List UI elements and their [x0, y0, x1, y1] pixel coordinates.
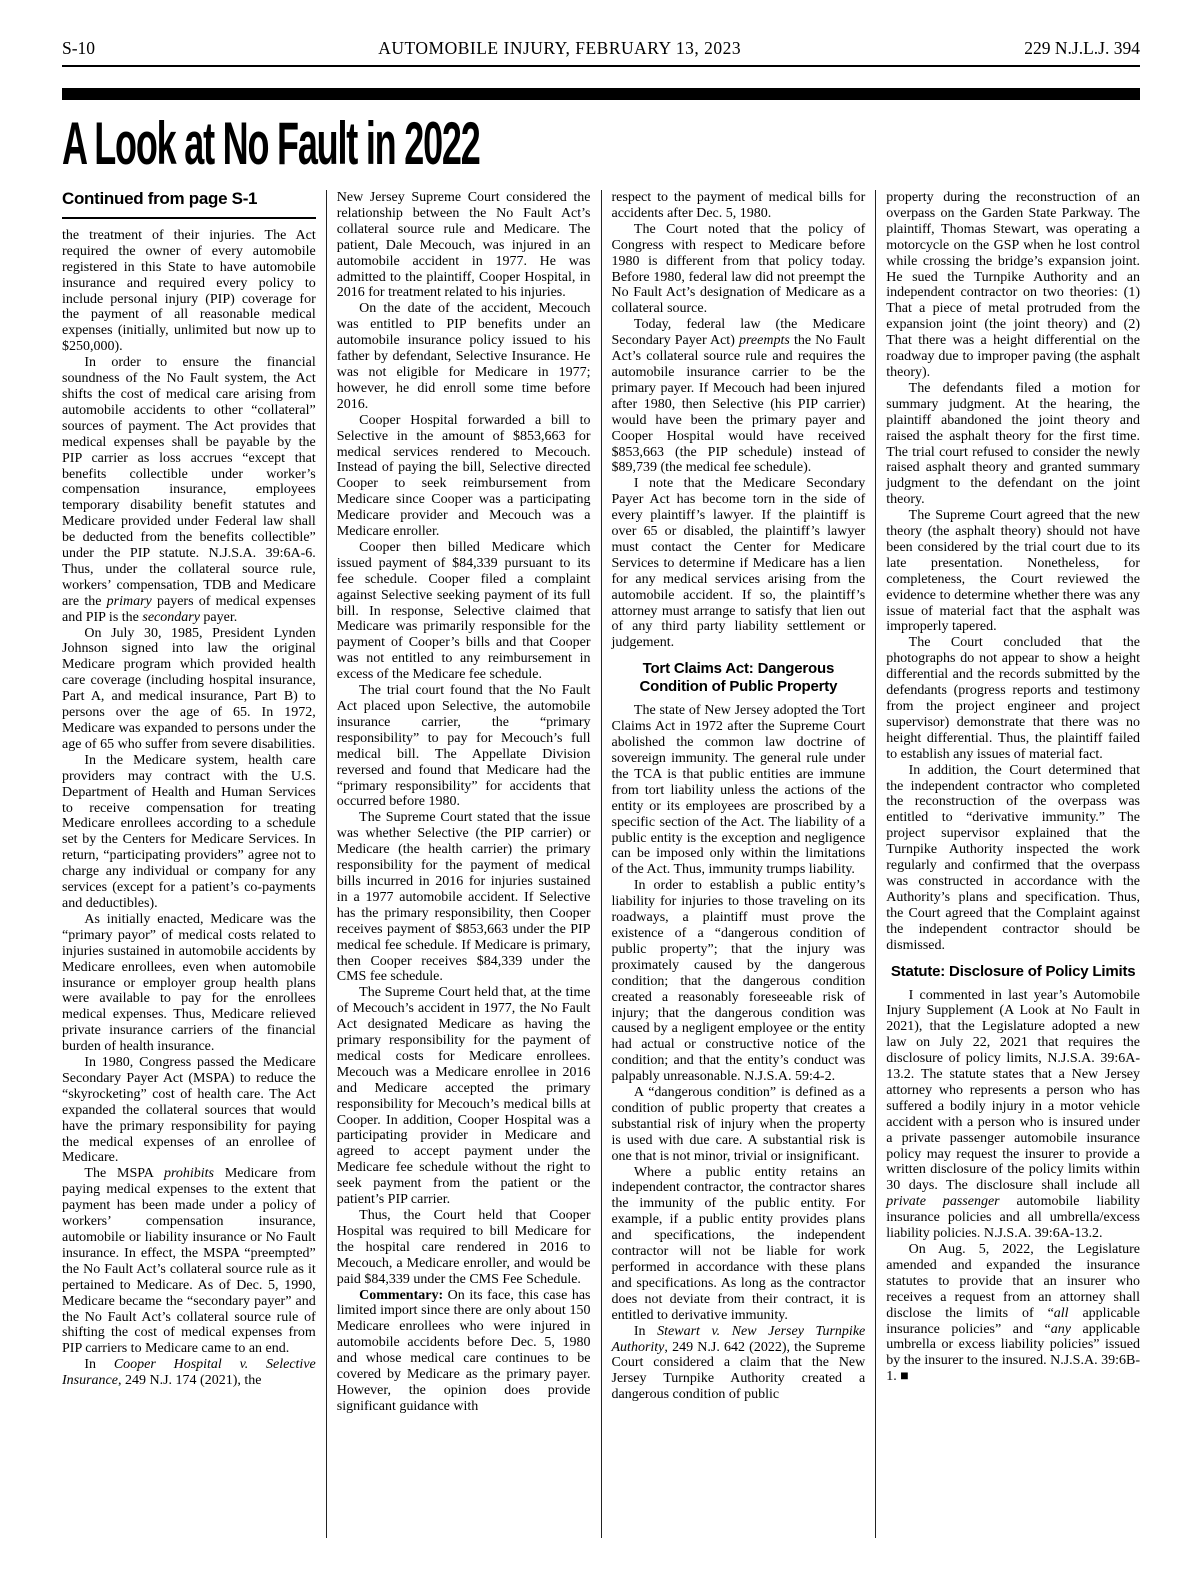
header-rule — [62, 65, 1140, 67]
article-paragraph: A “dangerous condition” is defined as a … — [612, 1085, 866, 1165]
article-paragraph: In order to ensure the financial soundne… — [62, 355, 316, 625]
article-paragraph: Cooper then billed Medicare which issued… — [337, 540, 591, 683]
article-column-3: respect to the payment of medical bills … — [601, 190, 876, 1538]
article-paragraph: I note that the Medicare Secondary Payer… — [612, 476, 866, 651]
article-column-4: property during the reconstruction of an… — [875, 190, 1140, 1538]
article-column-2: New Jersey Supreme Court considered the … — [326, 190, 601, 1538]
article-columns: Continued from page S-1 the treatment of… — [62, 190, 1140, 1538]
article-column-1: Continued from page S-1 the treatment of… — [62, 190, 326, 1538]
section-subhead: Statute: Disclosure of Policy Limits — [890, 963, 1136, 981]
article-paragraph: In addition, the Court determined that t… — [886, 763, 1140, 954]
headline-bar — [62, 88, 1140, 100]
article-paragraph: New Jersey Supreme Court considered the … — [337, 190, 591, 301]
article-paragraph: respect to the payment of medical bills … — [612, 190, 866, 222]
article-paragraph: The Supreme Court held that, at the time… — [337, 985, 591, 1208]
article-paragraph: In Cooper Hospital v. Selective Insuranc… — [62, 1357, 316, 1389]
article-paragraph: On the date of the accident, Mecouch was… — [337, 301, 591, 412]
article-paragraph: Thus, the Court held that Cooper Hospita… — [337, 1208, 591, 1288]
article-paragraph: On Aug. 5, 2022, the Legislature amended… — [886, 1242, 1140, 1385]
newspaper-page: S-10 AUTOMOBILE INJURY, FEBRUARY 13, 202… — [0, 0, 1200, 1538]
article-paragraph: The trial court found that the No Fault … — [337, 683, 591, 810]
page-number: S-10 — [62, 38, 95, 59]
article-headline: A Look at No Fault in 2022 — [62, 113, 709, 175]
continued-from-label: Continued from page S-1 — [62, 190, 316, 219]
article-paragraph: The defendants filed a motion for summar… — [886, 381, 1140, 508]
article-paragraph: In the Medicare system, health care prov… — [62, 753, 316, 912]
page-header: S-10 AUTOMOBILE INJURY, FEBRUARY 13, 202… — [62, 38, 1140, 59]
article-paragraph: the treatment of their injuries. The Act… — [62, 228, 316, 355]
article-paragraph: On July 30, 1985, President Lynden Johns… — [62, 626, 316, 753]
article-paragraph: The MSPA prohibits Medicare from paying … — [62, 1166, 316, 1357]
article-paragraph: As initially enacted, Medicare was the “… — [62, 912, 316, 1055]
article-paragraph: Commentary: On its face, this case has l… — [337, 1288, 591, 1415]
article-paragraph: property during the reconstruction of an… — [886, 190, 1140, 381]
publication-title: AUTOMOBILE INJURY, FEBRUARY 13, 2023 — [378, 38, 741, 59]
section-subhead: Tort Claims Act: Dangerous Condition of … — [616, 660, 862, 696]
article-paragraph: I commented in last year’s Automobile In… — [886, 988, 1140, 1243]
article-paragraph: Cooper Hospital forwarded a bill to Sele… — [337, 413, 591, 540]
article-paragraph: The Supreme Court agreed that the new th… — [886, 508, 1140, 635]
article-paragraph: In order to establish a public entity’s … — [612, 878, 866, 1085]
article-paragraph: In Stewart v. New Jersey Turnpike Author… — [612, 1324, 866, 1404]
article-paragraph: In 1980, Congress passed the Medicare Se… — [62, 1055, 316, 1166]
article-paragraph: The Court noted that the policy of Congr… — [612, 222, 866, 317]
article-paragraph: Where a public entity retains an indepen… — [612, 1165, 866, 1324]
article-paragraph: The Court concluded that the photographs… — [886, 635, 1140, 762]
citation: 229 N.J.L.J. 394 — [1024, 38, 1140, 59]
article-paragraph: The state of New Jersey adopted the Tort… — [612, 703, 866, 878]
article-paragraph: The Supreme Court stated that the issue … — [337, 810, 591, 985]
article-paragraph: Today, federal law (the Medicare Seconda… — [612, 317, 866, 476]
